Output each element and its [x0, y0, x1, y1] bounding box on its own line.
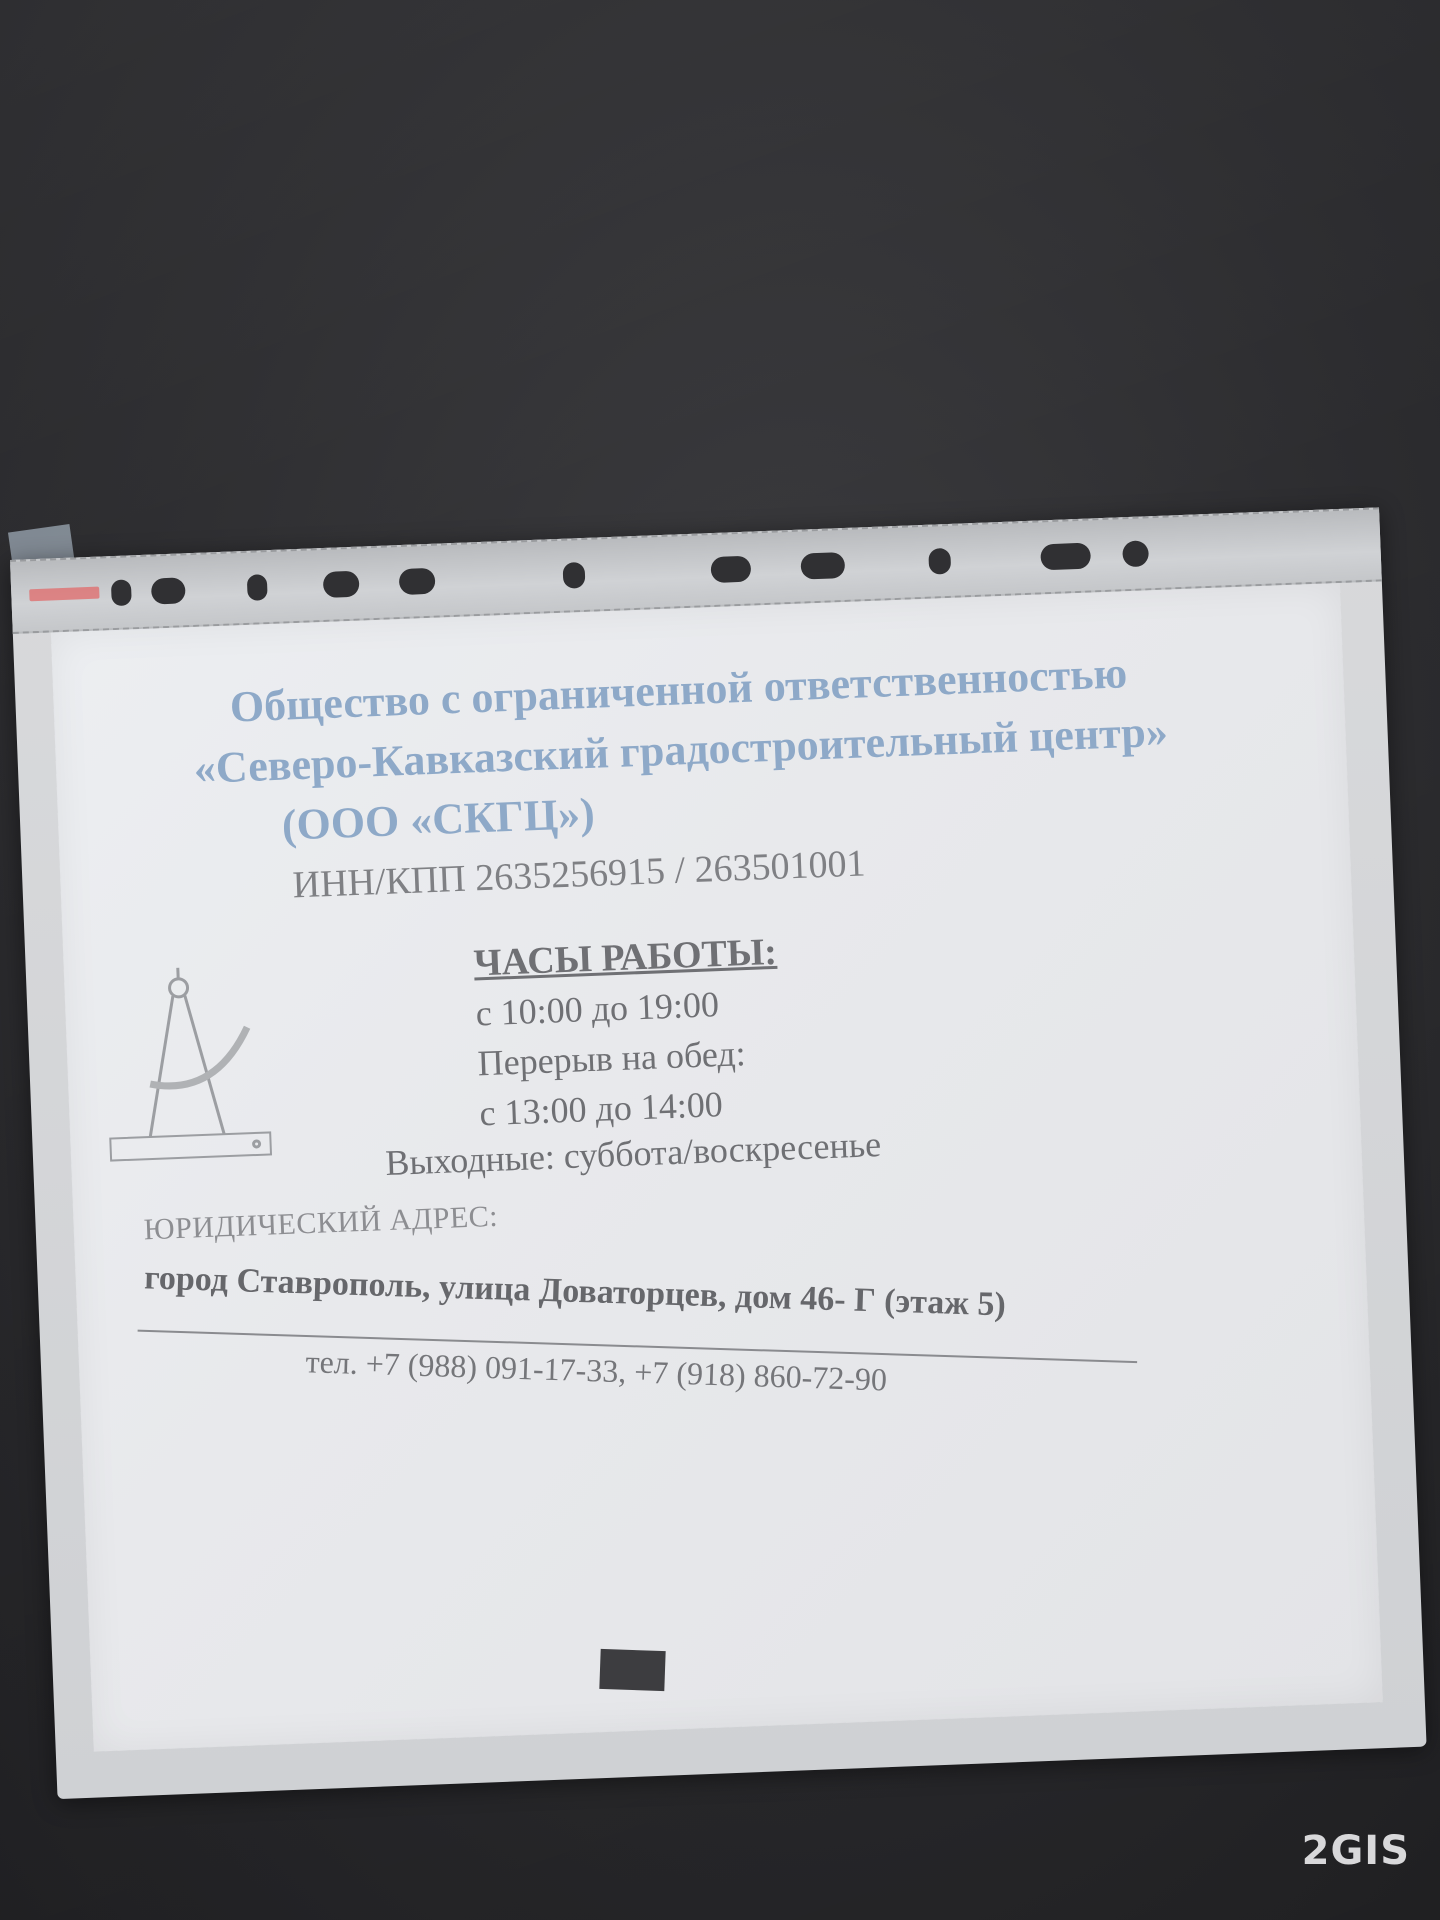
legal-address: город Ставрополь, улица Доваторцев, дом … — [144, 1259, 1007, 1324]
punch-hole — [151, 577, 186, 604]
notice-sheet: Общество с ограниченной ответственностью… — [51, 583, 1383, 1752]
legal-address-label: ЮРИДИЧЕСКИЙ АДРЕС: — [143, 1200, 499, 1248]
punch-hole — [1122, 540, 1149, 567]
sheet-protector: Общество с ограниченной ответственностью… — [10, 507, 1427, 1799]
inn-kpp: ИНН/КПП 2635256915 / 263501001 — [292, 841, 866, 907]
punch-hole — [399, 568, 436, 595]
2gis-watermark: 2GIS — [1302, 1828, 1410, 1874]
punch-hole — [247, 574, 268, 601]
adhesive-tape-bottom — [599, 1649, 665, 1691]
punch-hole — [710, 556, 751, 584]
punch-hole — [1040, 543, 1091, 571]
weekend-days: Выходные: суббота/воскресенье — [385, 1123, 882, 1184]
punch-hole — [928, 548, 951, 575]
punch-hole — [323, 571, 360, 598]
brand-mark — [29, 587, 99, 602]
punch-hole — [800, 552, 845, 580]
punch-hole — [563, 562, 586, 589]
working-hours: ЧАСЫ РАБОТЫ: с 10:00 до 19:00 Перерыв на… — [473, 927, 784, 1138]
compass-and-ruler-icon — [99, 954, 277, 1170]
punch-hole — [111, 579, 132, 606]
